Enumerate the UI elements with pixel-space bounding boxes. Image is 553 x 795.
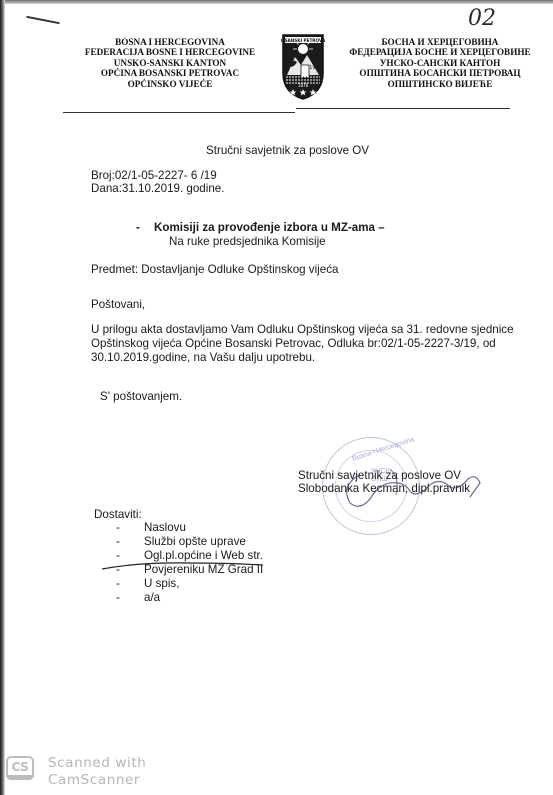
subject: Predmet: Dostavljanje Odluke Opštinskog … xyxy=(91,263,338,277)
header-latin-line: OPĆINA BOSANSKI PETROVAC xyxy=(70,68,270,78)
scan-edge-top xyxy=(0,0,553,4)
signature-icon xyxy=(330,455,490,515)
header-rule-left xyxy=(63,112,295,113)
document-number: Broj:02/1-05-2227- 6 /19 xyxy=(91,169,217,183)
issuer: Stručni savjetnik za poslove OV xyxy=(206,144,369,158)
watermark-line: Scanned with xyxy=(48,755,146,772)
handwritten-number: 02 xyxy=(468,6,496,31)
document-date: Dana:31.10.2019. godine. xyxy=(91,182,224,196)
camscanner-watermark: Scanned with CamScanner xyxy=(48,755,146,789)
header-latin: BOSNA I HERCEGOVINA FEDERACIJA BOSNE I H… xyxy=(70,37,270,89)
header-latin-line: OPĆINSKO VIJEĆE xyxy=(70,79,270,89)
body-line: 30.10.2019.godine, na Vašu dalju upotreb… xyxy=(91,351,315,365)
header-cyrillic-line: БОСНА И ХЕРЦЕГОВИНА xyxy=(340,37,540,47)
closing: S' poštovanjem. xyxy=(100,390,182,404)
handwritten-underline xyxy=(100,560,265,570)
watermark-line: CamScanner xyxy=(48,772,146,789)
header-cyrillic-line: ОПШТИНА БОСАНСКИ ПЕТРОВАЦ xyxy=(340,68,540,78)
recipient-attention: Na ruke predsjednika Komisije xyxy=(169,235,326,249)
pen-mark xyxy=(26,16,60,24)
header-latin-line: UNSKO-SANSKI KANTON xyxy=(70,58,270,68)
header-cyrillic-line: ОПШТИНСКО ВИЈЕЋЕ xyxy=(340,79,540,89)
header-latin-line: BOSNA I HERCEGOVINA xyxy=(70,37,270,47)
coat-of-arms-icon: BOSANSKI PETROVAC 191 1878 xyxy=(281,33,325,101)
recipient-dash: - xyxy=(136,221,140,235)
coat-year: 1878 xyxy=(298,83,309,88)
header-cyrillic-line: ФЕДЕРАЦИЈА БОСНЕ И ХЕРЦЕГОВИНЕ xyxy=(340,47,540,57)
body-line: U prilogu akta dostavljamo Vam Odluku Op… xyxy=(91,323,514,337)
svg-text:191: 191 xyxy=(309,65,319,71)
camscanner-logo-icon: CS xyxy=(6,756,34,780)
body-line: Opštinskog vijeća Općine Bosanski Petrov… xyxy=(91,337,496,351)
header-cyrillic: БОСНА И ХЕРЦЕГОВИНА ФЕДЕРАЦИЈА БОСНЕ И Х… xyxy=(340,37,540,89)
greeting: Poštovani, xyxy=(91,298,145,312)
header-latin-line: FEDERACIJA BOSNE I HERCEGOVINE xyxy=(70,47,270,57)
scan-edge-left xyxy=(0,0,5,795)
distribution-label: Dostaviti: xyxy=(94,508,142,522)
header-cyrillic-line: УНСКО-САНСКИ КАНТОН xyxy=(340,58,540,68)
recipient: Komisiji za provođenje izbora u MZ-ama – xyxy=(154,221,385,235)
header-rule-right xyxy=(296,108,510,109)
